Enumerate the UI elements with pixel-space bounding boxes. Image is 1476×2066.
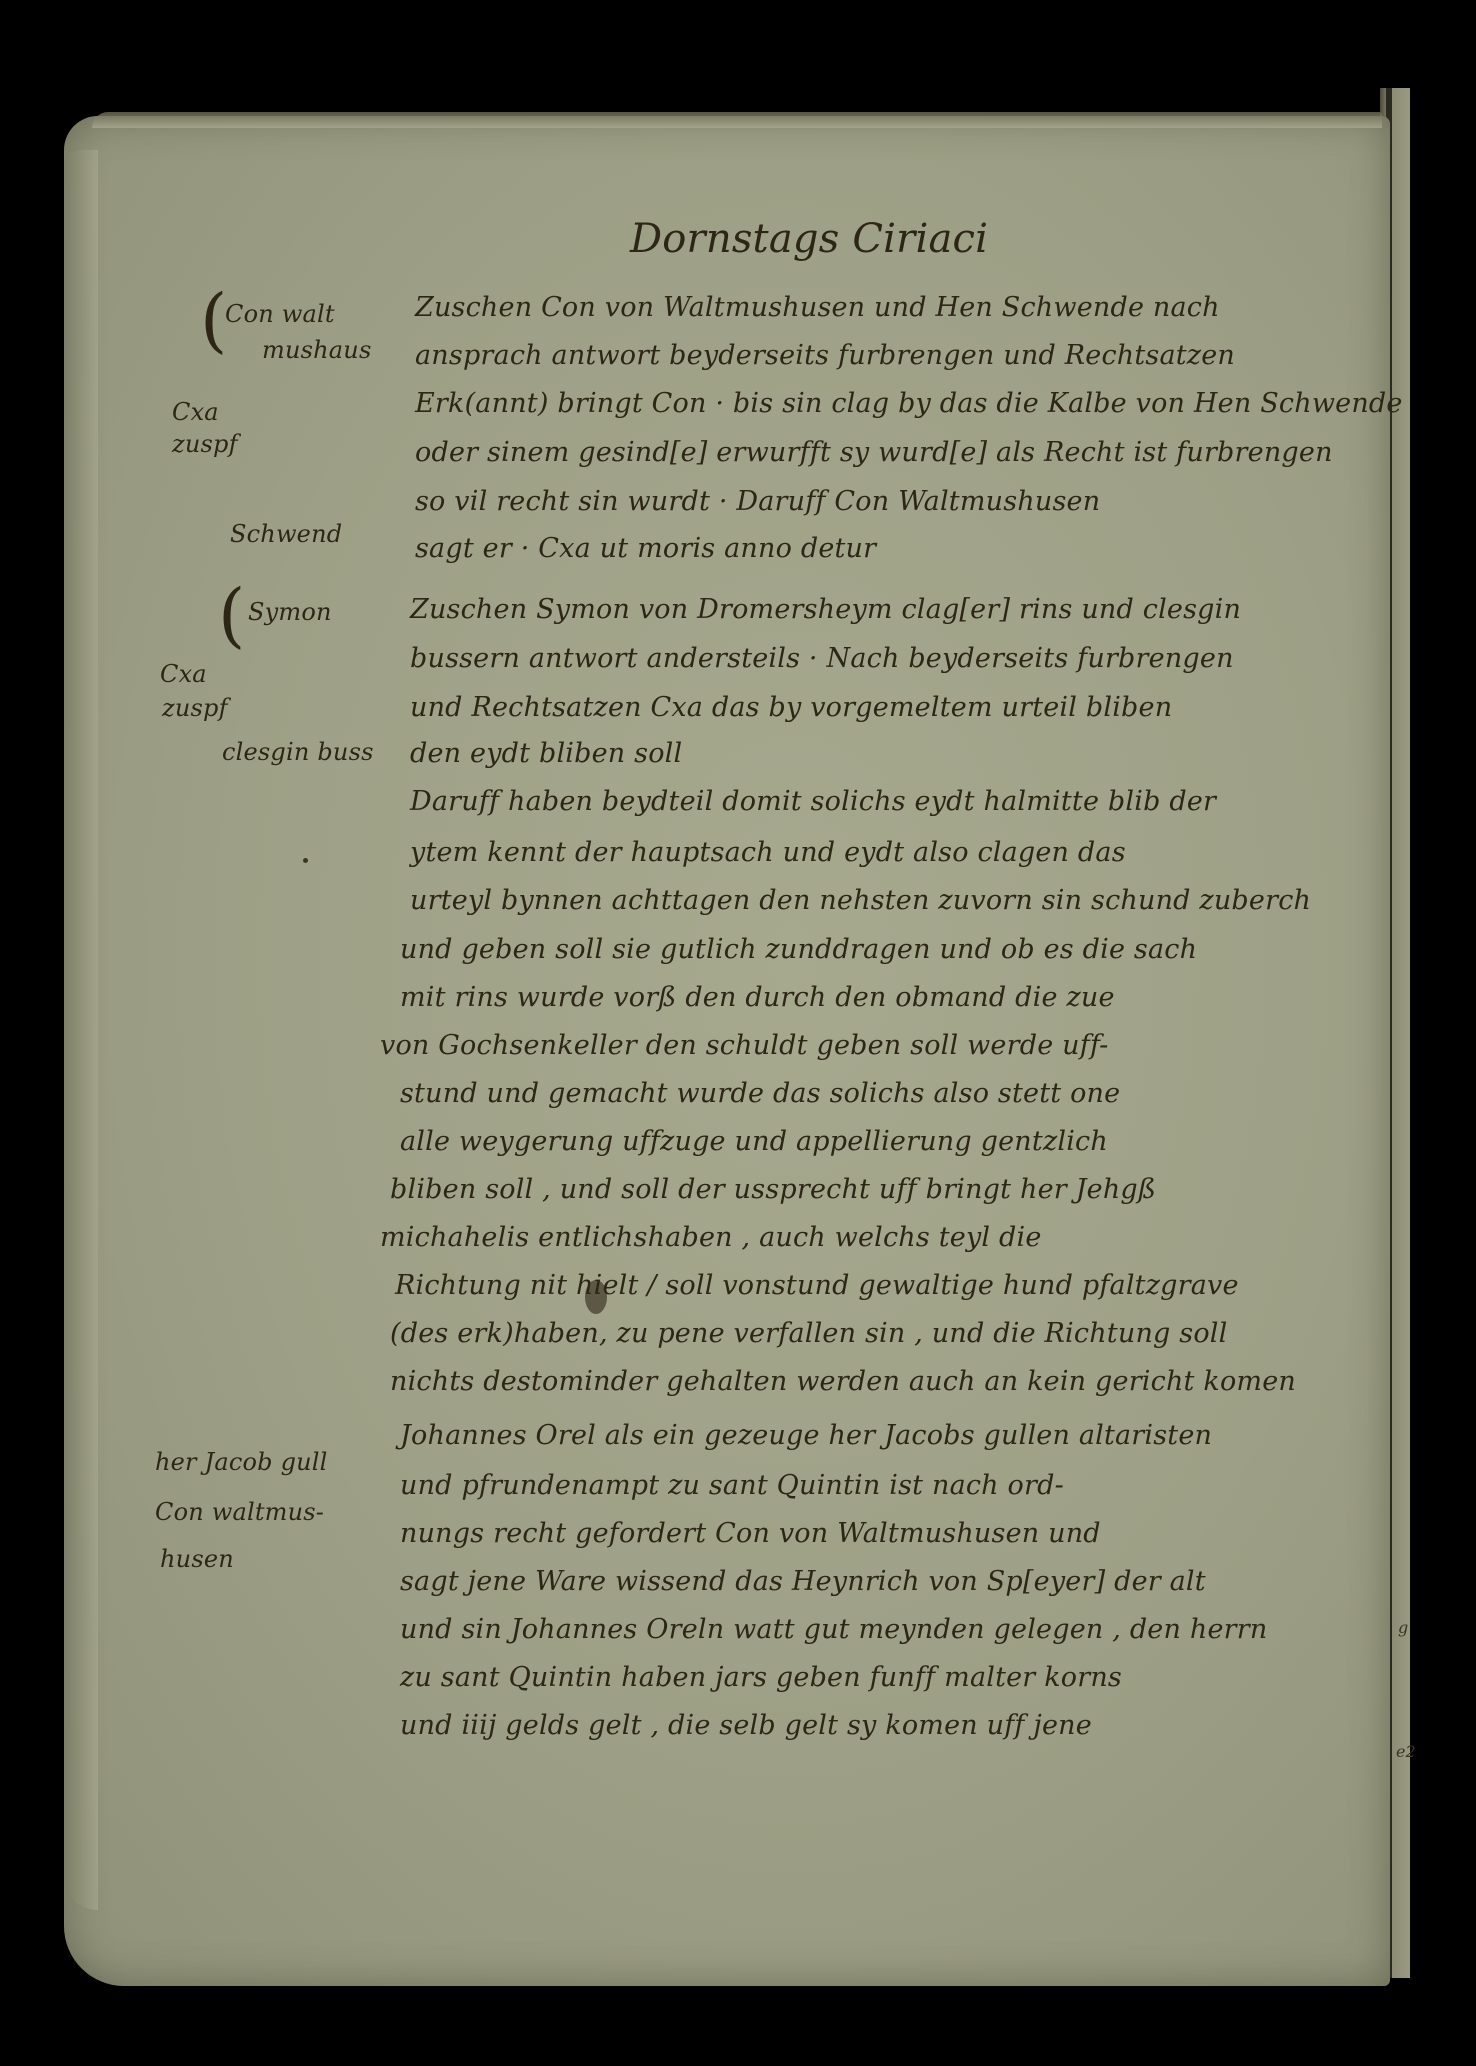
- margin-note: clesgin buss: [222, 738, 374, 766]
- margin-note: her Jacob gull: [155, 1448, 328, 1476]
- text-line: und Rechtsatzen Cxa das by vorgemeltem u…: [410, 692, 1172, 723]
- text-line: Johannes Orel als ein gezeuge her Jacobs…: [400, 1420, 1212, 1451]
- text-line: den eydt bliben soll: [410, 738, 682, 769]
- margin-note: Con walt: [225, 300, 335, 328]
- text-line: alle weygerung uffzuge und appellierung …: [400, 1126, 1108, 1157]
- ink-dot: [303, 858, 308, 863]
- text-line: Zuschen Con von Waltmushusen und Hen Sch…: [415, 292, 1220, 323]
- margin-note: husen: [160, 1545, 234, 1573]
- text-line: und iiij gelds gelt , die selb gelt sy k…: [400, 1710, 1092, 1741]
- page-edge-top: [92, 112, 1382, 128]
- text-line: mit rins wurde vorß den durch den obmand…: [400, 982, 1115, 1013]
- text-line: sagt er · Cxa ut moris anno detur: [415, 533, 876, 564]
- text-line: und pfrundenampt zu sant Quintin ist nac…: [400, 1470, 1064, 1501]
- text-line: bussern antwort andersteils · Nach beyde…: [410, 643, 1234, 674]
- margin-brace: (: [218, 580, 245, 650]
- text-line: Daruff haben beydteil domit solichs eydt…: [410, 786, 1216, 817]
- margin-note: mushaus: [262, 336, 371, 364]
- text-line: Richtung nit hielt / soll vonstund gewal…: [395, 1270, 1239, 1301]
- text-line: oder sinem gesind[e] erwurfft sy wurd[e]…: [415, 437, 1333, 468]
- margin-note: Cxa: [160, 660, 207, 688]
- text-line: michahelis entlichshaben , auch welchs t…: [380, 1222, 1042, 1253]
- text-line: urteyl bynnen achttagen den nehsten zuvo…: [410, 885, 1311, 916]
- margin-brace: (: [200, 285, 227, 355]
- margin-note: Con waltmus-: [155, 1498, 324, 1526]
- edge-mark: g: [1398, 1618, 1408, 1637]
- margin-note: Cxa: [172, 398, 219, 426]
- text-line: nungs recht gefordert Con von Waltmushus…: [400, 1518, 1101, 1549]
- text-line: und sin Johannes Oreln watt gut meynden …: [400, 1614, 1267, 1645]
- page-edge-left: [64, 150, 98, 1910]
- text-line: Zuschen Symon von Dromersheym clag[er] r…: [410, 594, 1241, 625]
- text-line: und geben soll sie gutlich zunddragen un…: [400, 934, 1197, 965]
- text-line: sagt jene Ware wissend das Heynrich von …: [400, 1566, 1206, 1597]
- margin-note: zuspf: [162, 694, 228, 722]
- text-line: von Gochsenkeller den schuldt geben soll…: [380, 1030, 1109, 1061]
- text-line: bliben soll , und soll der ussprecht uff…: [390, 1174, 1156, 1205]
- text-line: so vil recht sin wurdt · Daruff Con Walt…: [415, 486, 1100, 517]
- text-line: ansprach antwort beyderseits furbrengen …: [415, 340, 1235, 371]
- margin-note: Schwend: [230, 520, 342, 548]
- text-line: ytem kennt der hauptsach und eydt also c…: [410, 837, 1126, 868]
- text-line: zu sant Quintin haben jars geben funff m…: [400, 1662, 1122, 1693]
- edge-mark: e2: [1396, 1742, 1416, 1761]
- page-heading: Dornstags Ciriaci: [630, 216, 988, 262]
- text-line: (des erk)haben, zu pene verfallen sin , …: [390, 1318, 1227, 1349]
- text-line: Erk(annt) bringt Con · bis sin clag by d…: [415, 388, 1403, 419]
- margin-note: zuspf: [172, 430, 238, 458]
- margin-note: Symon: [248, 598, 332, 626]
- text-line: nichts destominder gehalten werden auch …: [390, 1366, 1296, 1397]
- text-line: stund und gemacht wurde das solichs also…: [400, 1078, 1120, 1109]
